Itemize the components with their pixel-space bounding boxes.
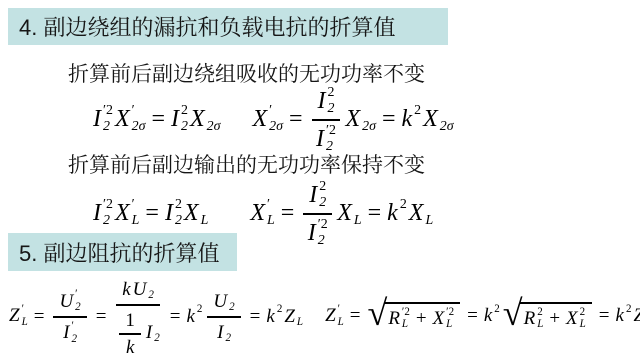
math-subscript	[494, 317, 500, 327]
math-superscript	[297, 304, 303, 314]
math-scripts: ′L	[22, 304, 28, 328]
math-superscript	[207, 104, 221, 117]
math-scripts: ′2	[71, 321, 77, 345]
math-variable: U′2	[59, 289, 80, 313]
math-variable: I′22	[93, 198, 113, 228]
math-base: X	[184, 201, 199, 225]
math-square-root: √R2L+X2L	[503, 302, 592, 331]
math-base: k	[484, 306, 492, 325]
math-scripts: L	[201, 198, 209, 227]
math-scripts: 2	[197, 304, 203, 327]
math-numerator: U2	[207, 288, 240, 318]
math-superscript: ′	[22, 304, 28, 315]
math-denominator: k	[125, 335, 135, 357]
math-base: X	[337, 201, 352, 225]
math-subscript: 2σ	[362, 120, 376, 134]
math-numerator: U′2	[53, 287, 86, 318]
math-superscript	[354, 198, 362, 211]
math-operator: +	[416, 309, 427, 328]
math-variable: k2	[484, 304, 500, 327]
math-denominator: I′22	[307, 215, 329, 248]
math-base: k	[616, 306, 624, 325]
math-variable: X2σ	[423, 104, 453, 133]
math-fraction: U′2I′2	[53, 287, 86, 344]
math-variable: X′2L	[433, 307, 455, 331]
math-fraction: 1k	[119, 309, 141, 357]
math-numerator: I22	[312, 84, 341, 121]
math-scripts: 2	[229, 290, 235, 313]
math-subscript	[626, 317, 632, 327]
math-variable: I′2	[63, 321, 77, 345]
math-denominator: 1kI2	[115, 306, 160, 357]
math-operator: =	[145, 201, 159, 225]
math-subscript: L	[402, 319, 410, 330]
math-superscript: 2	[414, 104, 421, 118]
formula-load-reactance-equality: I′22X′L=I22XL	[92, 198, 209, 228]
math-variable: U2	[213, 290, 234, 313]
math-variable: k2	[266, 304, 282, 327]
math-operator: =	[281, 201, 295, 225]
math-operator: =	[382, 107, 396, 131]
formula-row-load-impedance: Z′L=U′2I′2=kU21kI2=k2U2I2=k2ZL Z′L=√R′2L…	[8, 272, 640, 360]
math-base: X	[115, 107, 130, 131]
math-subscript: L	[537, 319, 543, 330]
math-base: R	[524, 309, 536, 328]
math-base: X	[409, 201, 424, 225]
math-variable: XL	[337, 198, 361, 227]
math-scripts: 2	[626, 304, 632, 327]
math-subscript: L	[201, 214, 209, 228]
math-base: R	[388, 309, 400, 328]
math-scripts: 2L	[537, 307, 543, 331]
math-variable: XL	[184, 198, 208, 227]
math-base: k	[387, 201, 398, 225]
math-base: I	[308, 221, 316, 245]
math-scripts: 2	[414, 104, 421, 133]
math-variable: I′22	[93, 104, 113, 134]
math-base: U	[133, 280, 147, 299]
math-scripts: L	[354, 198, 362, 227]
math-variable: X′L	[115, 198, 139, 228]
math-subscript: 2	[103, 214, 113, 228]
math-subscript: 2σ	[207, 120, 221, 134]
math-fraction: kU21kI2	[115, 275, 160, 356]
math-operator: =	[250, 307, 261, 326]
math-subscript	[277, 317, 283, 327]
math-variable: I2	[217, 321, 231, 344]
math-denominator: I′2	[62, 318, 78, 345]
formula-impedance-magnitude: Z′L=√R′2L+X′2L=k2√R2L+X2L=k2ZL	[324, 302, 640, 331]
math-base: k	[126, 338, 134, 357]
math-superscript: 2	[277, 304, 283, 315]
section-5-title: 5. 副边阻抗的折算值	[19, 237, 219, 268]
math-variable: XL	[409, 198, 433, 227]
math-superscript: 2	[400, 198, 407, 212]
math-scripts: 22	[181, 104, 188, 134]
math-subscript: 2	[225, 333, 231, 344]
math-base: X	[250, 201, 265, 225]
math-operator: =	[96, 307, 107, 326]
math-subscript: L	[446, 319, 454, 330]
math-variable: U2	[133, 277, 154, 300]
math-variable: R2L	[524, 307, 544, 331]
math-scripts: ′2L	[446, 307, 454, 331]
math-scripts: 2L	[580, 307, 586, 331]
math-base: I	[318, 89, 326, 113]
math-scripts: 2σ	[440, 104, 454, 133]
math-base: X	[566, 309, 578, 328]
math-base: Z	[633, 306, 640, 325]
math-subscript: L	[297, 317, 303, 328]
math-variable: X′2σ	[115, 104, 145, 134]
math-variable: Z′L	[9, 304, 28, 328]
math-subscript: 2	[328, 102, 335, 116]
math-scripts: 2	[494, 304, 500, 327]
math-scripts: 2σ	[362, 104, 376, 133]
math-subscript: 2σ	[269, 120, 283, 134]
math-superscript	[154, 321, 160, 331]
radical-sign-icon: √	[503, 300, 523, 327]
math-scripts: L	[297, 304, 303, 327]
math-base: X	[423, 107, 438, 131]
math-superscript: ′	[269, 104, 283, 118]
math-subscript: L	[580, 319, 586, 330]
math-base: I	[63, 323, 69, 342]
math-subscript: 2	[319, 196, 326, 210]
math-scripts: 2σ	[207, 104, 221, 133]
math-superscript	[229, 290, 235, 300]
math-superscript	[362, 104, 376, 117]
math-scripts: ′L	[132, 198, 140, 228]
math-base: U	[59, 292, 73, 311]
math-variable: X2σ	[190, 104, 220, 133]
math-base: X	[115, 201, 130, 225]
math-variable: k2	[387, 198, 407, 227]
math-superscript: 2	[537, 307, 543, 318]
math-base: k	[401, 107, 412, 131]
math-subscript: 2	[103, 120, 113, 134]
math-superscript	[148, 277, 154, 287]
math-variable: X2σ	[345, 104, 375, 133]
math-scripts: ′2σ	[269, 104, 283, 134]
math-scripts: 2	[400, 198, 407, 227]
math-scripts: ′2L	[402, 307, 410, 331]
math-variable: k2	[616, 304, 632, 327]
math-variable: R′2L	[388, 307, 410, 331]
math-base: X	[345, 107, 360, 131]
math-operator: =	[350, 306, 361, 325]
math-denominator: I2	[216, 318, 232, 344]
math-base: Z	[284, 307, 295, 326]
math-superscript: ′2	[103, 198, 113, 212]
math-scripts: 2	[225, 321, 231, 344]
math-base: k	[122, 280, 130, 299]
math-base: I	[316, 127, 324, 151]
math-superscript: ′2	[318, 218, 328, 232]
formula-row-leakage-reactance: I′22X′2σ=I22X2σ X′2σ=I22I′22X2σ=k2X2σ	[92, 86, 455, 152]
math-variable: I2	[146, 321, 160, 344]
math-fraction: I22I′22	[303, 178, 332, 248]
math-subscript: 2	[75, 302, 81, 313]
math-subscript: 2	[154, 333, 160, 344]
math-subscript: L	[22, 317, 28, 328]
section-4-title: 4. 副边绕组的漏抗和负载电抗的折算值	[19, 11, 395, 42]
math-fraction: U2I2	[207, 288, 240, 344]
math-superscript: ′	[71, 321, 77, 332]
math-operator: =	[34, 307, 45, 326]
math-base: X	[190, 107, 205, 131]
math-variable: ZL	[633, 304, 640, 327]
math-base: X	[433, 309, 445, 328]
math-variable: X2L	[566, 307, 586, 331]
math-superscript	[201, 198, 209, 211]
math-variable: X′L	[250, 198, 274, 228]
math-variable: k2	[401, 104, 421, 133]
math-variable: Z′L	[325, 304, 344, 328]
math-scripts: ′2σ	[132, 104, 146, 134]
math-scripts: 22	[328, 86, 335, 116]
math-operator: +	[549, 309, 560, 328]
math-radicand: R2L+X2L	[520, 302, 592, 331]
math-scripts: 2	[277, 304, 283, 327]
formula-leakage-referred-value: X′2σ=I22I′22X2σ=k2X2σ	[251, 84, 454, 154]
math-scripts: ′22	[103, 104, 113, 134]
math-base: Z	[9, 306, 20, 325]
formula-leakage-equality: I′22X′2σ=I22X2σ	[92, 104, 221, 134]
math-superscript: ′2	[326, 124, 336, 138]
math-base: I	[171, 107, 179, 131]
statement-reactive-power-output: 折算前后副边输出的无功功率保持不变	[68, 149, 425, 179]
math-variable: k	[122, 280, 130, 299]
math-superscript: 2	[175, 198, 182, 212]
math-base: k	[186, 307, 194, 326]
math-subscript: 2σ	[132, 120, 146, 134]
math-square-root: √R′2L+X′2L	[368, 302, 461, 331]
math-subscript: L	[354, 214, 362, 228]
math-variable: I22	[171, 104, 188, 134]
math-superscript: ′2	[446, 307, 454, 318]
math-base: I	[93, 201, 101, 225]
math-scripts: 2	[148, 277, 154, 300]
math-variable: I′22	[308, 218, 328, 248]
math-number: 1	[125, 311, 135, 330]
math-subscript: 2	[229, 302, 235, 313]
formula-load-reactance-referred-value: X′L=I22I′22XL=k2XL	[249, 178, 434, 248]
math-scripts: ′L	[338, 304, 344, 328]
math-base: k	[266, 307, 274, 326]
slide: 4. 副边绕组的漏抗和负载电抗的折算值 折算前后副边绕组吸收的无功功率不变 I′…	[0, 0, 640, 362]
math-scripts: L	[425, 198, 433, 227]
math-subscript: 2σ	[440, 120, 454, 134]
section-5-header: 5. 副边阻抗的折算值	[8, 233, 237, 271]
math-superscript: ′2	[402, 307, 410, 318]
math-operator: =	[467, 306, 478, 325]
math-base: I	[165, 201, 173, 225]
math-subscript: 2	[175, 214, 182, 228]
math-scripts: 22	[319, 180, 326, 210]
math-subscript	[197, 317, 203, 327]
math-operator: =	[170, 307, 181, 326]
math-base: I	[309, 183, 317, 207]
math-subscript: L	[267, 214, 275, 228]
math-base: I	[93, 107, 101, 131]
math-operator: =	[151, 107, 165, 131]
math-scripts: 2	[154, 321, 160, 344]
math-superscript: ′	[267, 198, 275, 212]
math-variable: I22	[165, 198, 182, 228]
math-operator: =	[599, 306, 610, 325]
math-scripts: ′L	[267, 198, 275, 228]
math-base: I	[146, 323, 152, 342]
math-subscript	[414, 120, 421, 133]
math-superscript: ′	[338, 304, 344, 315]
math-base: Z	[325, 306, 336, 325]
math-superscript: 2	[181, 104, 188, 118]
math-scripts: 22	[175, 198, 182, 228]
math-superscript: 2	[580, 307, 586, 318]
math-variable: I22	[309, 180, 326, 210]
math-scripts: ′22	[318, 218, 328, 248]
radical-sign-icon: √	[368, 300, 388, 327]
math-fraction: I22I′22	[312, 84, 341, 154]
math-scripts: ′22	[103, 198, 113, 228]
math-subscript: 2	[181, 120, 188, 134]
math-superscript	[425, 198, 433, 211]
math-base: X	[252, 107, 267, 131]
math-subscript: 2	[318, 234, 328, 248]
formula-impedance-ratio: Z′L=U′2I′2=kU21kI2=k2U2I2=k2ZL	[8, 275, 304, 356]
math-variable: k	[126, 338, 134, 357]
section-4-header: 4. 副边绕组的漏抗和负载电抗的折算值	[8, 8, 448, 45]
math-superscript: ′	[132, 104, 146, 118]
math-variable: I22	[318, 86, 335, 116]
math-numerator: I22	[303, 178, 332, 215]
math-subscript: L	[425, 214, 433, 228]
math-superscript: ′	[132, 198, 140, 212]
math-superscript	[225, 321, 231, 331]
math-subscript: L	[132, 214, 140, 228]
math-operator: =	[289, 107, 303, 131]
math-subscript	[400, 214, 407, 227]
math-superscript: 2	[197, 304, 203, 315]
math-base: I	[217, 323, 223, 342]
math-scripts: ′2	[75, 289, 81, 313]
math-radicand: R′2L+X′2L	[384, 302, 460, 331]
math-variable: X′2σ	[252, 104, 282, 134]
math-superscript	[440, 104, 454, 117]
math-operator: =	[368, 201, 382, 225]
math-superscript: ′	[75, 289, 81, 300]
math-numerator: 1	[119, 309, 141, 335]
math-variable: ZL	[284, 304, 303, 327]
math-numerator: kU2	[116, 275, 160, 305]
math-superscript: 2	[328, 86, 335, 100]
math-subscript: L	[338, 317, 344, 328]
math-base: U	[213, 292, 227, 311]
math-subscript: 2	[71, 334, 77, 345]
math-superscript: ′2	[103, 104, 113, 118]
math-superscript: 2	[626, 304, 632, 315]
math-variable: k2	[186, 304, 202, 327]
math-superscript: 2	[319, 180, 326, 194]
math-subscript: 2	[148, 290, 154, 301]
math-superscript: 2	[494, 304, 500, 315]
